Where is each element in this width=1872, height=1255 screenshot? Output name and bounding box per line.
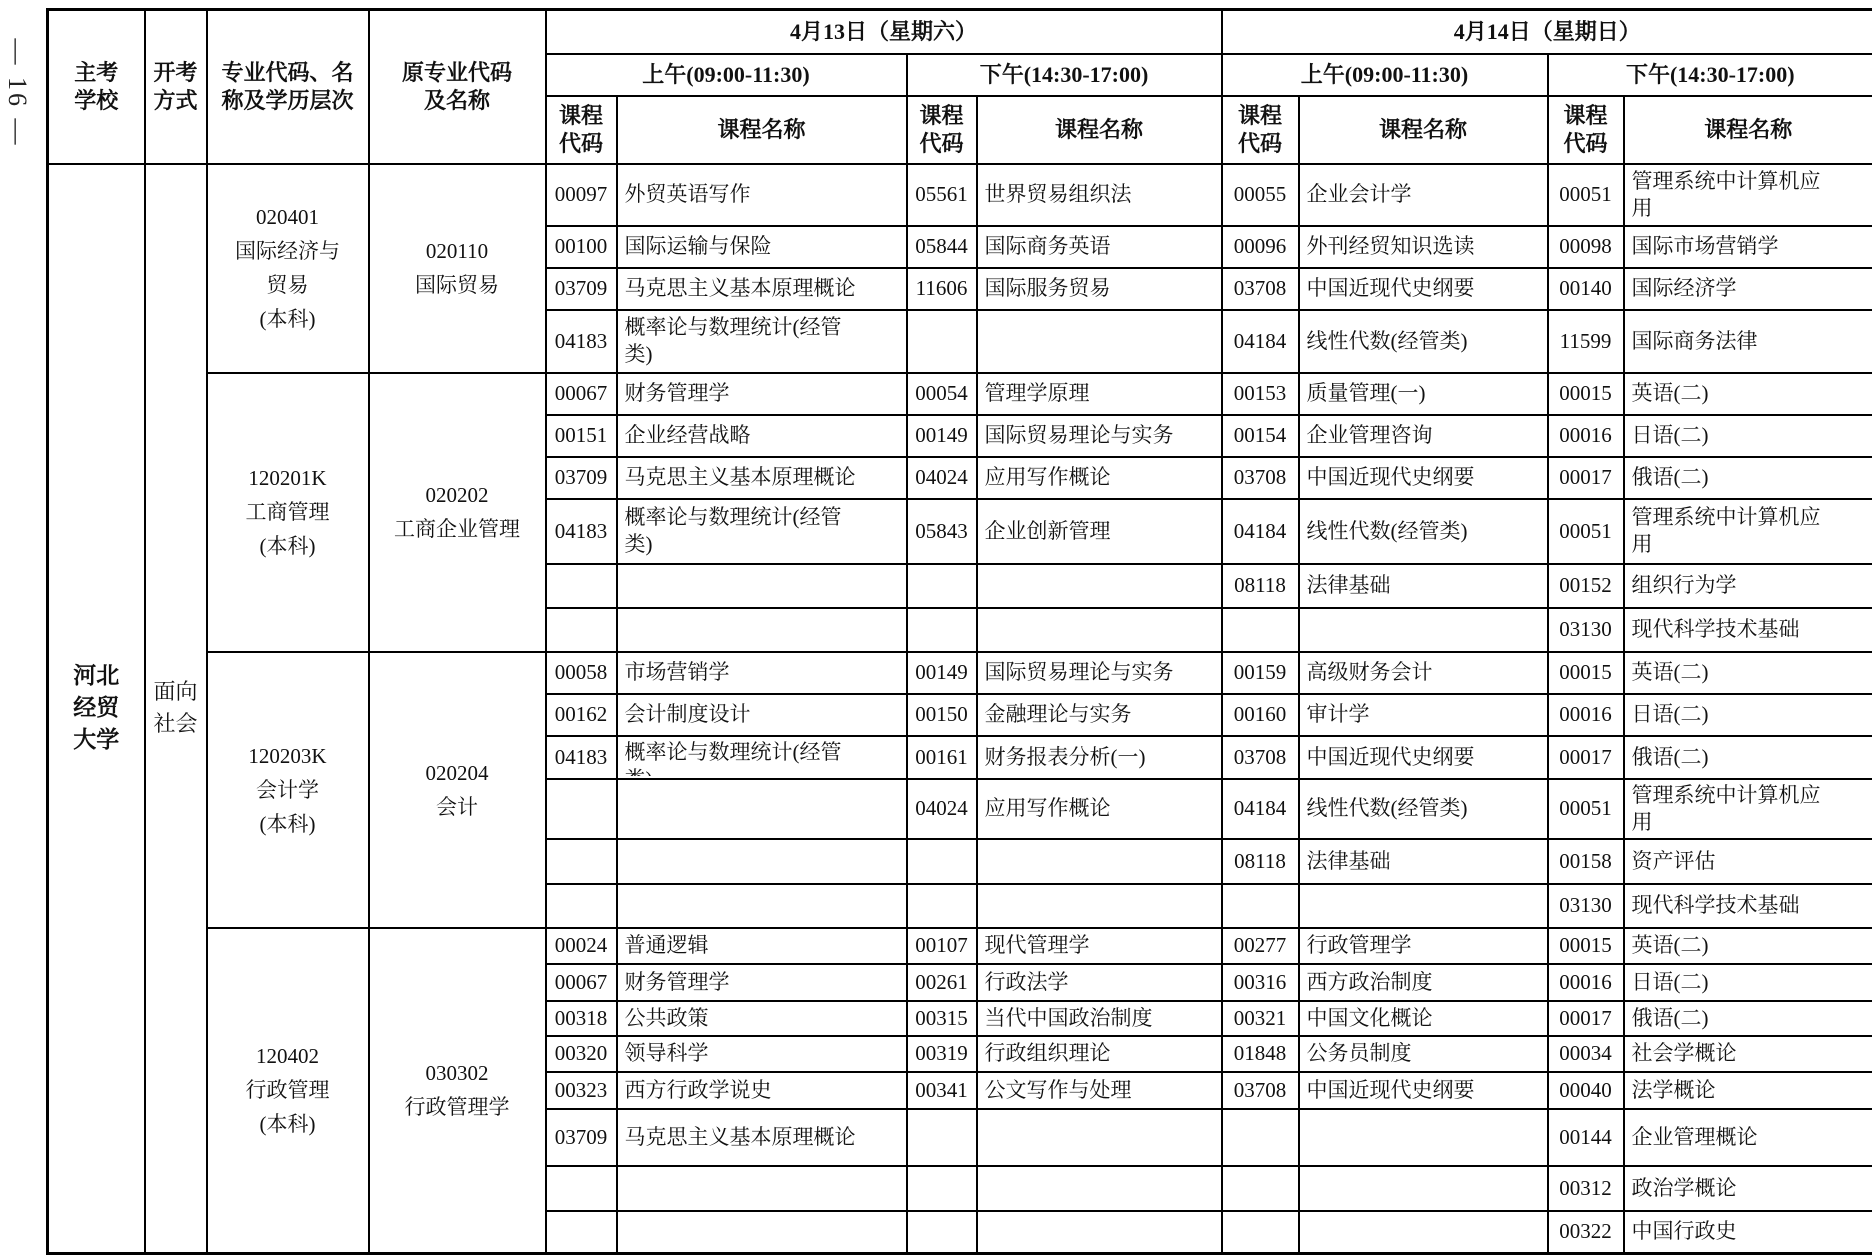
course-code-cell — [907, 608, 977, 652]
course-code-cell: 00312 — [1548, 1166, 1624, 1211]
course-name-cell: 外贸英语写作 — [617, 164, 907, 226]
course-code-cell: 04184 — [1222, 499, 1299, 564]
major-cell: 120201K 工商管理 (本科) — [207, 373, 369, 652]
course-name-cell: 法律基础 — [1299, 564, 1548, 608]
course-name-cell — [1299, 1166, 1548, 1211]
course-code-cell: 00152 — [1548, 564, 1624, 608]
course-name-cell: 企业管理概论 — [1624, 1109, 1872, 1166]
table-row: 120402 行政管理 (本科)030302 行政管理学00024普通逻辑001… — [48, 928, 1872, 964]
course-name-cell: 国际贸易理论与实务 — [977, 415, 1222, 457]
course-name-cell: 俄语(二) — [1624, 1001, 1872, 1036]
course-name-cell — [977, 564, 1222, 608]
course-code-cell — [907, 839, 977, 884]
course-code-cell: 03708 — [1222, 736, 1299, 779]
course-name-cell: 现代科学技术基础 — [1624, 608, 1872, 652]
course-code-cell: 08118 — [1222, 839, 1299, 884]
course-code-cell: 00261 — [907, 964, 977, 1001]
course-name-cell: 资产评估 — [1624, 839, 1872, 884]
course-name-cell — [617, 1166, 907, 1211]
course-code-cell: 00067 — [546, 373, 617, 415]
course-name-cell: 企业管理咨询 — [1299, 415, 1548, 457]
course-name-cell: 国际市场营销学 — [1624, 226, 1872, 268]
course-name-cell: 俄语(二) — [1624, 457, 1872, 499]
course-code-cell: 05844 — [907, 226, 977, 268]
course-code-cell: 00040 — [1548, 1072, 1624, 1109]
course-name-cell: 普通逻辑 — [617, 928, 907, 964]
course-name-cell: 日语(二) — [1624, 415, 1872, 457]
course-name-cell: 企业经营战略 — [617, 415, 907, 457]
course-code-cell: 04184 — [1222, 779, 1299, 839]
course-name-cell: 组织行为学 — [1624, 564, 1872, 608]
header-course-code: 课程 代码 — [907, 96, 977, 164]
course-code-cell: 03130 — [1548, 608, 1624, 652]
course-name-cell: 现代管理学 — [977, 928, 1222, 964]
course-code-cell: 00024 — [546, 928, 617, 964]
course-name-cell — [1299, 884, 1548, 928]
header-course-code: 课程 代码 — [1222, 96, 1299, 164]
course-name-cell: 领导科学 — [617, 1036, 907, 1072]
course-code-cell — [546, 564, 617, 608]
course-name-cell: 财务报表分析(一) — [977, 736, 1222, 779]
course-name-cell: 中国近现代史纲要 — [1299, 268, 1548, 310]
course-name-cell: 公务员制度 — [1299, 1036, 1548, 1072]
course-name-cell: 日语(二) — [1624, 694, 1872, 736]
course-code-cell — [907, 1166, 977, 1211]
course-code-cell: 00107 — [907, 928, 977, 964]
course-code-cell: 00097 — [546, 164, 617, 226]
course-code-cell: 00320 — [546, 1036, 617, 1072]
course-name-cell: 中国近现代史纲要 — [1299, 457, 1548, 499]
course-name-cell: 当代中国政治制度 — [977, 1001, 1222, 1036]
course-code-cell: 00055 — [1222, 164, 1299, 226]
course-name-cell — [977, 839, 1222, 884]
course-name-cell: 世界贸易组织法 — [977, 164, 1222, 226]
course-code-cell: 03709 — [546, 1109, 617, 1166]
course-name-cell — [977, 608, 1222, 652]
course-name-cell: 线性代数(经管类) — [1299, 310, 1548, 373]
course-code-cell: 01848 — [1222, 1036, 1299, 1072]
course-code-cell: 00016 — [1548, 964, 1624, 1001]
course-name-cell: 企业创新管理 — [977, 499, 1222, 564]
course-code-cell — [907, 1211, 977, 1254]
course-code-cell — [1222, 1109, 1299, 1166]
course-code-cell: 04183 — [546, 736, 617, 779]
course-name-cell: 国际服务贸易 — [977, 268, 1222, 310]
major-cell: 020401 国际经济与 贸易 (本科) — [207, 164, 369, 373]
course-name-cell: 国际贸易理论与实务 — [977, 652, 1222, 694]
course-code-cell: 00051 — [1548, 499, 1624, 564]
course-code-cell: 00100 — [546, 226, 617, 268]
header-course-code: 课程 代码 — [1548, 96, 1624, 164]
course-code-cell: 00323 — [546, 1072, 617, 1109]
page-number: — 16 — — [2, 18, 32, 168]
course-name-cell: 行政法学 — [977, 964, 1222, 1001]
course-name-cell: 高级财务会计 — [1299, 652, 1548, 694]
course-code-cell: 00158 — [1548, 839, 1624, 884]
course-code-cell: 03130 — [1548, 884, 1624, 928]
major-cell: 120402 行政管理 (本科) — [207, 928, 369, 1254]
course-name-cell: 马克思主义基本原理概论 — [617, 457, 907, 499]
course-code-cell: 00140 — [1548, 268, 1624, 310]
course-code-cell: 04024 — [907, 457, 977, 499]
table-row: 120201K 工商管理 (本科)020202 工商企业管理00067财务管理学… — [48, 373, 1872, 415]
course-name-cell: 现代科学技术基础 — [1624, 884, 1872, 928]
header-course-name: 课程名称 — [1624, 96, 1872, 164]
course-code-cell: 00162 — [546, 694, 617, 736]
course-code-cell — [546, 884, 617, 928]
course-code-cell: 00051 — [1548, 164, 1624, 226]
course-name-cell: 市场营销学 — [617, 652, 907, 694]
course-code-cell: 00161 — [907, 736, 977, 779]
course-name-cell: 审计学 — [1299, 694, 1548, 736]
course-code-cell: 00096 — [1222, 226, 1299, 268]
course-name-cell: 法学概论 — [1624, 1072, 1872, 1109]
course-code-cell: 00154 — [1222, 415, 1299, 457]
course-code-cell — [1222, 608, 1299, 652]
orig-major-cell: 020202 工商企业管理 — [369, 373, 546, 652]
course-name-cell — [977, 1166, 1222, 1211]
course-name-cell: 行政管理学 — [1299, 928, 1548, 964]
course-code-cell: 11599 — [1548, 310, 1624, 373]
course-name-cell: 中国行政史 — [1624, 1211, 1872, 1254]
course-name-cell — [617, 608, 907, 652]
course-name-cell: 概率论与数理统计(经管 类) — [617, 499, 907, 564]
course-name-cell — [977, 1109, 1222, 1166]
course-code-cell: 00017 — [1548, 1001, 1624, 1036]
course-name-cell — [617, 779, 907, 839]
course-name-cell: 马克思主义基本原理概论 — [617, 268, 907, 310]
course-code-cell: 00322 — [1548, 1211, 1624, 1254]
course-name-cell: 外刊经贸知识选读 — [1299, 226, 1548, 268]
document-page: — 16 — 主考 学校 开考 方式 专业代码、名 称及学历层次 原专业代码 及… — [0, 0, 1872, 1255]
course-code-cell: 00150 — [907, 694, 977, 736]
course-name-cell — [977, 1211, 1222, 1254]
course-name-cell: 马克思主义基本原理概论 — [617, 1109, 907, 1166]
major-cell: 120203K 会计学 (本科) — [207, 652, 369, 928]
course-code-cell: 00318 — [546, 1001, 617, 1036]
course-name-cell — [1299, 1109, 1548, 1166]
course-name-cell — [1299, 1211, 1548, 1254]
course-name-cell: 国际运输与保险 — [617, 226, 907, 268]
course-name-cell: 会计制度设计 — [617, 694, 907, 736]
course-name-cell — [617, 1211, 907, 1254]
course-name-cell: 质量管理(一) — [1299, 373, 1548, 415]
course-name-cell — [617, 564, 907, 608]
course-code-cell: 04183 — [546, 310, 617, 373]
course-code-cell: 03708 — [1222, 1072, 1299, 1109]
exam-schedule-table: 主考 学校 开考 方式 专业代码、名 称及学历层次 原专业代码 及名称 4月13… — [46, 8, 1872, 1255]
header-day2-pm: 下午(14:30-17:00) — [1548, 54, 1872, 96]
orig-major-cell: 020204 会计 — [369, 652, 546, 928]
course-name-cell: 英语(二) — [1624, 928, 1872, 964]
method-cell: 面向 社会 — [145, 164, 207, 1254]
course-code-cell: 00277 — [1222, 928, 1299, 964]
course-code-cell: 11606 — [907, 268, 977, 310]
course-code-cell: 00017 — [1548, 736, 1624, 779]
course-name-cell: 英语(二) — [1624, 652, 1872, 694]
course-name-cell: 俄语(二) — [1624, 736, 1872, 779]
course-name-cell: 中国近现代史纲要 — [1299, 1072, 1548, 1109]
course-name-cell: 金融理论与实务 — [977, 694, 1222, 736]
course-name-cell — [1299, 608, 1548, 652]
course-code-cell: 03708 — [1222, 268, 1299, 310]
course-name-cell: 财务管理学 — [617, 373, 907, 415]
course-code-cell — [907, 564, 977, 608]
course-name-cell: 中国近现代史纲要 — [1299, 736, 1548, 779]
table-row: 河北 经贸 大学面向 社会020401 国际经济与 贸易 (本科)020110 … — [48, 164, 1872, 226]
course-name-cell: 财务管理学 — [617, 964, 907, 1001]
course-name-cell: 线性代数(经管类) — [1299, 499, 1548, 564]
course-code-cell — [1222, 1211, 1299, 1254]
course-name-cell: 管理学原理 — [977, 373, 1222, 415]
course-code-cell — [1222, 1166, 1299, 1211]
header-day1-pm: 下午(14:30-17:00) — [907, 54, 1222, 96]
header-course-name: 课程名称 — [977, 96, 1222, 164]
course-name-cell: 社会学概论 — [1624, 1036, 1872, 1072]
course-name-cell: 行政组织理论 — [977, 1036, 1222, 1072]
table-row: 120203K 会计学 (本科)020204 会计00058市场营销学00149… — [48, 652, 1872, 694]
course-code-cell: 00016 — [1548, 694, 1624, 736]
header-day-saturday: 4月13日（星期六） — [546, 10, 1222, 54]
course-name-cell: 西方行政学说史 — [617, 1072, 907, 1109]
header-major: 专业代码、名 称及学历层次 — [207, 10, 369, 164]
course-name-cell: 概率论与数理统计(经管 类) — [617, 310, 907, 373]
header-day2-am: 上午(09:00-11:30) — [1222, 54, 1548, 96]
course-code-cell: 00067 — [546, 964, 617, 1001]
table-body: 河北 经贸 大学面向 社会020401 国际经济与 贸易 (本科)020110 … — [48, 164, 1872, 1254]
course-name-cell: 中国文化概论 — [1299, 1001, 1548, 1036]
school-cell: 河北 经贸 大学 — [48, 164, 145, 1254]
course-code-cell — [1222, 884, 1299, 928]
course-code-cell: 00159 — [1222, 652, 1299, 694]
course-name-cell: 企业会计学 — [1299, 164, 1548, 226]
course-name-cell: 公共政策 — [617, 1001, 907, 1036]
course-code-cell: 00015 — [1548, 373, 1624, 415]
course-code-cell: 03709 — [546, 268, 617, 310]
course-name-cell: 政治学概论 — [1624, 1166, 1872, 1211]
header-method: 开考 方式 — [145, 10, 207, 164]
course-name-cell: 应用写作概论 — [977, 457, 1222, 499]
header-orig-major: 原专业代码 及名称 — [369, 10, 546, 164]
header-row-dates: 主考 学校 开考 方式 专业代码、名 称及学历层次 原专业代码 及名称 4月13… — [48, 10, 1872, 54]
course-code-cell: 00315 — [907, 1001, 977, 1036]
course-name-cell: 国际商务英语 — [977, 226, 1222, 268]
course-code-cell: 00015 — [1548, 652, 1624, 694]
course-code-cell: 00017 — [1548, 457, 1624, 499]
header-day-sunday: 4月14日（星期日） — [1222, 10, 1872, 54]
orig-major-cell: 020110 国际贸易 — [369, 164, 546, 373]
course-code-cell: 00016 — [1548, 415, 1624, 457]
course-code-cell: 04024 — [907, 779, 977, 839]
course-code-cell: 00034 — [1548, 1036, 1624, 1072]
course-code-cell: 00151 — [546, 415, 617, 457]
course-code-cell — [546, 608, 617, 652]
course-code-cell: 03708 — [1222, 457, 1299, 499]
header-school: 主考 学校 — [48, 10, 145, 164]
header-day1-am: 上午(09:00-11:30) — [546, 54, 907, 96]
course-code-cell: 05561 — [907, 164, 977, 226]
course-code-cell — [546, 1211, 617, 1254]
course-code-cell: 04183 — [546, 499, 617, 564]
course-name-cell: 概率论与数理统计(经管 类) — [617, 736, 907, 779]
course-code-cell: 00319 — [907, 1036, 977, 1072]
course-code-cell — [907, 1109, 977, 1166]
course-code-cell — [546, 1166, 617, 1211]
course-code-cell: 00015 — [1548, 928, 1624, 964]
course-code-cell: 08118 — [1222, 564, 1299, 608]
table-header: 主考 学校 开考 方式 专业代码、名 称及学历层次 原专业代码 及名称 4月13… — [48, 10, 1872, 164]
course-name-cell: 管理系统中计算机应 用 — [1624, 499, 1872, 564]
course-name-cell: 法律基础 — [1299, 839, 1548, 884]
orig-major-cell: 030302 行政管理学 — [369, 928, 546, 1254]
course-code-cell: 00054 — [907, 373, 977, 415]
course-code-cell: 00149 — [907, 652, 977, 694]
course-code-cell: 00051 — [1548, 779, 1624, 839]
course-code-cell: 00098 — [1548, 226, 1624, 268]
course-name-cell — [617, 839, 907, 884]
course-name-cell: 管理系统中计算机应 用 — [1624, 779, 1872, 839]
course-code-cell: 00321 — [1222, 1001, 1299, 1036]
course-code-cell: 03709 — [546, 457, 617, 499]
course-code-cell: 00149 — [907, 415, 977, 457]
course-name-cell: 线性代数(经管类) — [1299, 779, 1548, 839]
header-course-name: 课程名称 — [1299, 96, 1548, 164]
header-course-name: 课程名称 — [617, 96, 907, 164]
course-code-cell: 00153 — [1222, 373, 1299, 415]
course-name-cell: 公文写作与处理 — [977, 1072, 1222, 1109]
course-name-cell: 英语(二) — [1624, 373, 1872, 415]
course-name-cell: 西方政治制度 — [1299, 964, 1548, 1001]
course-code-cell — [907, 310, 977, 373]
course-name-cell: 国际商务法律 — [1624, 310, 1872, 373]
course-code-cell: 00341 — [907, 1072, 977, 1109]
course-code-cell: 00058 — [546, 652, 617, 694]
course-code-cell: 05843 — [907, 499, 977, 564]
course-name-cell — [977, 884, 1222, 928]
course-code-cell: 00316 — [1222, 964, 1299, 1001]
course-code-cell — [546, 839, 617, 884]
course-code-cell: 00160 — [1222, 694, 1299, 736]
course-code-cell: 04184 — [1222, 310, 1299, 373]
course-name-cell: 应用写作概论 — [977, 779, 1222, 839]
course-code-cell — [546, 779, 617, 839]
course-code-cell — [907, 884, 977, 928]
course-name-cell: 日语(二) — [1624, 964, 1872, 1001]
course-name-cell — [617, 884, 907, 928]
course-name-cell: 国际经济学 — [1624, 268, 1872, 310]
course-name-cell: 管理系统中计算机应 用 — [1624, 164, 1872, 226]
course-code-cell: 00144 — [1548, 1109, 1624, 1166]
course-name-cell — [977, 310, 1222, 373]
header-course-code: 课程 代码 — [546, 96, 617, 164]
